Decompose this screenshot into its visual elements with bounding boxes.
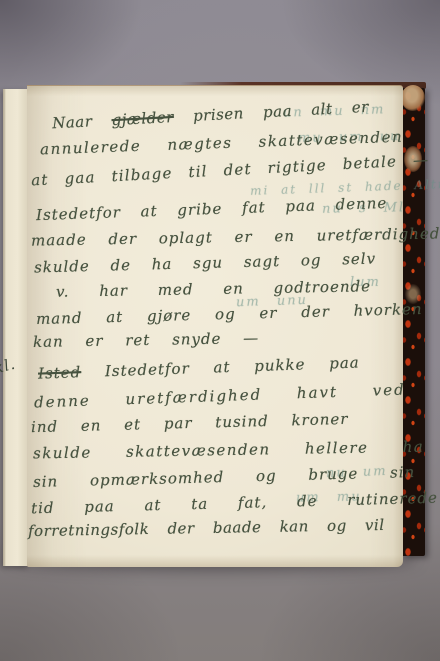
handwritten-line: skulde skattevæsenden hellere ha <box>33 438 425 463</box>
handwritten-line: Naar gjælder prisen paa alt er <box>52 98 369 133</box>
photograph-background: kl. un mu nmmu um uumi at lll st hade Al… <box>0 0 440 661</box>
handwritten-text: Istedetfor at gribe fat paa denne <box>36 194 388 224</box>
handwritten-text: Naar <box>52 111 112 132</box>
handwritten-line: forretningsfolk der baade kan og vil <box>28 516 385 540</box>
handwritten-text: v. har med en godtroende <box>56 277 371 300</box>
handwritten-text: skulde skattevæsenden hellere ha <box>33 438 425 463</box>
handwritten-line: mand at gjøre og er der hvorken <box>36 300 423 328</box>
handwritten-text: kan er ret snyde — <box>33 329 259 351</box>
handwritten-line: v. har med en godtroende <box>56 277 371 300</box>
handwriting-layer: Naar gjælder prisen paa alt erannulerede… <box>0 0 440 661</box>
handwritten-line: ind en et par tusind kroner <box>31 410 349 436</box>
handwritten-text: sin opmærksomhed og bruge sin <box>33 463 416 491</box>
handwritten-line: sin opmærksomhed og bruge sin <box>33 463 416 491</box>
handwritten-text: prisen paa alt er <box>173 98 369 126</box>
handwritten-text: Istedetfor at pukke paa <box>81 353 360 381</box>
handwritten-text: skulde de ha sgu sagt og selv <box>34 250 376 277</box>
handwritten-line: denne uretfærdighed havt ved <box>34 381 406 412</box>
handwritten-text: tid paa at ta fat, de rutinerede <box>31 489 438 518</box>
handwritten-line: Isted Istedetfor at pukke paa <box>38 353 360 382</box>
handwritten-text: mand at gjøre og er der hvorken <box>36 300 423 328</box>
handwritten-line: tid paa at ta fat, de rutinerede <box>31 489 438 518</box>
handwritten-text: forretningsfolk der baade kan og vil <box>28 516 385 540</box>
struck-out-word: Isted <box>38 363 82 382</box>
handwritten-text: denne uretfærdighed havt ved <box>34 381 406 412</box>
handwritten-line: skulde de ha sgu sagt og selv <box>34 250 376 277</box>
struck-out-word: gjælder <box>111 108 174 129</box>
handwritten-text: maade der oplagt er en uretfærdighed <box>31 224 440 249</box>
handwritten-line: kan er ret snyde — <box>33 329 259 351</box>
handwritten-text: ind en et par tusind kroner <box>31 410 349 436</box>
handwritten-line: maade der oplagt er en uretfærdighed <box>31 224 440 249</box>
handwritten-line: Istedetfor at gribe fat paa denne <box>36 194 388 224</box>
